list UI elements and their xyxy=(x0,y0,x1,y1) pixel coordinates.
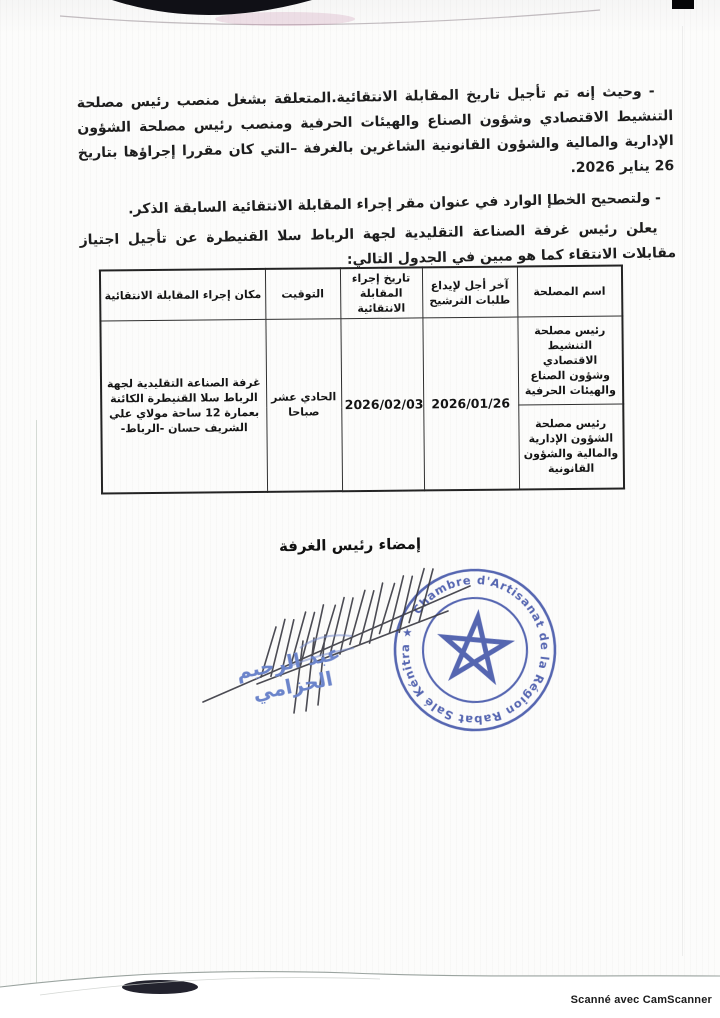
stamp-outer-ring xyxy=(391,566,559,734)
cell-deadline: 2026/01/26 xyxy=(422,317,519,490)
paper-edge-left xyxy=(36,420,37,988)
signature-heading: إمضاء رئيس الغرفة xyxy=(240,534,460,556)
scan-corner-mark xyxy=(672,0,694,9)
paragraph-postponement: - وحيث إنه تم تأجيل تاريخ المقابلة الانت… xyxy=(77,79,675,191)
cell-service-2: رئيس مصلحة الشؤون الإدارية والمالية والش… xyxy=(518,404,624,489)
document-body: - وحيث إنه تم تأجيل تاريخ المقابلة الانت… xyxy=(77,79,677,278)
scanner-credit: Scanné avec CamScanner xyxy=(571,994,712,1006)
announcement-table: اسم المصلحة آخر أجل لإيداع طلبات الترشيح… xyxy=(99,264,625,494)
announcement-table-wrap: اسم المصلحة آخر أجل لإيداع طلبات الترشيح… xyxy=(99,264,625,494)
stamp-inner-ring xyxy=(420,595,529,704)
table-row: رئيس مصلحة التنشيط الاقتصادي وشؤون الصنا… xyxy=(100,316,623,409)
scan-artifact-top xyxy=(0,0,720,44)
handwritten-name: عبد الرحيم الحزامي xyxy=(195,633,386,715)
cell-location: غرفة الصناعة التقليدية لجهة الرباط سلا ا… xyxy=(100,319,267,493)
header-time: التوقيت xyxy=(265,268,340,319)
header-deadline: آخر أجل لإيداع طلبات الترشيح xyxy=(422,267,517,318)
chamber-stamp: Chambre d'Artisanat de la Région Rabat S… xyxy=(386,561,565,740)
cell-interview-date: 2026/02/03 xyxy=(340,318,424,491)
table-header-row: اسم المصلحة آخر أجل لإيداع طلبات الترشيح… xyxy=(100,265,622,321)
header-location: مكان إجراء المقابلة الانتقائية xyxy=(100,269,265,321)
stamp-star-icon xyxy=(444,616,509,681)
scanned-page: - وحيث إنه تم تأجيل تاريخ المقابلة الانت… xyxy=(0,0,720,1018)
paper-edge-bottom xyxy=(0,955,720,1018)
cell-time: الحادي عشر صباحا xyxy=(265,319,342,492)
header-service-name: اسم المصلحة xyxy=(517,265,622,317)
header-interview-date: تاريخ إجراء المقابلة الانتقائية xyxy=(340,267,422,318)
cell-service-1: رئيس مصلحة التنشيط الاقتصادي وشؤون الصنا… xyxy=(517,316,623,405)
paper-edge-right xyxy=(682,26,683,956)
